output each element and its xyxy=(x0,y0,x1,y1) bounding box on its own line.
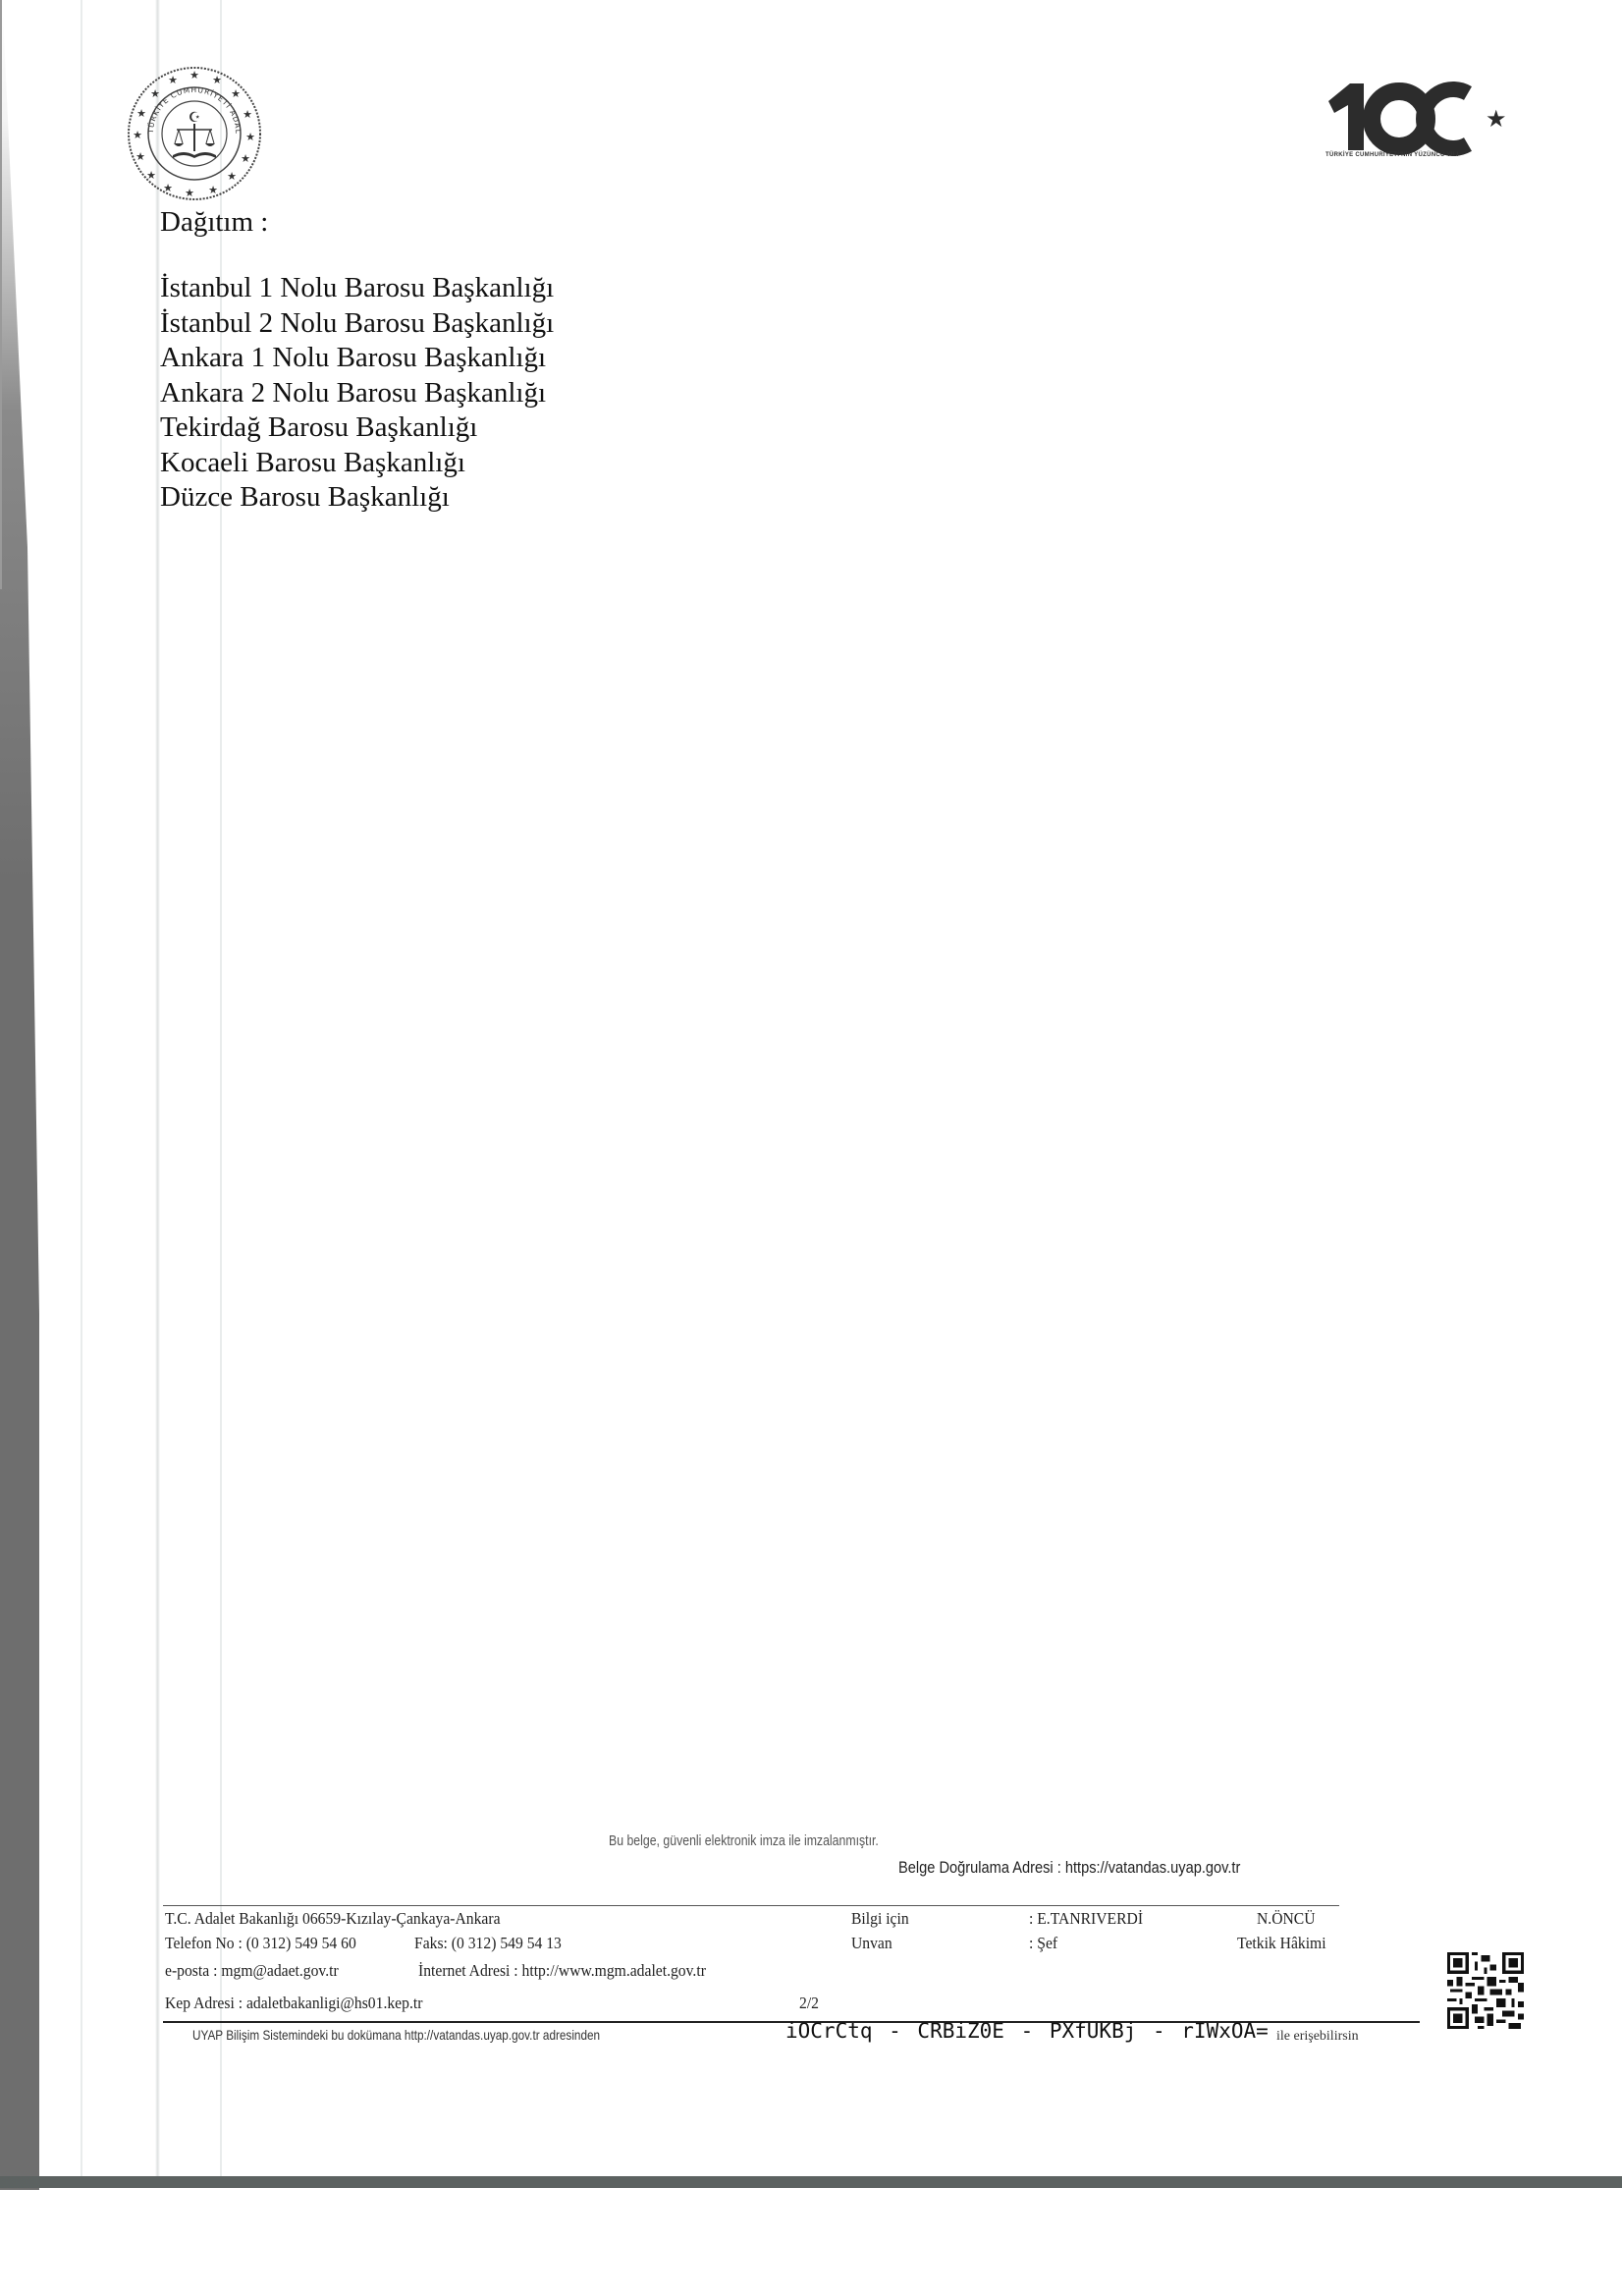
signer-title: Tetkik Hâkimi xyxy=(1237,1934,1326,1953)
title-value: : Şef xyxy=(1029,1934,1057,1953)
footer-fax: Faks: (0 312) 549 54 13 xyxy=(414,1934,562,1953)
recipient-item: Kocaeli Barosu Başkanlığı xyxy=(160,446,554,481)
page-number: 2/2 xyxy=(799,1994,819,2013)
verification-address[interactable]: Belge Doğrulama Adresi : https://vatanda… xyxy=(898,1858,1240,1878)
footer-website[interactable]: İnternet Adresi : http://www.mgm.adalet.… xyxy=(418,1961,706,1981)
scan-shadow-bottom xyxy=(0,2176,1622,2188)
recipient-item: Ankara 1 Nolu Barosu Başkanlığı xyxy=(160,341,554,376)
uyap-access-text: UYAP Bilişim Sistemindeki bu dokümana ht… xyxy=(192,2027,600,2043)
recipient-item: İstanbul 1 Nolu Barosu Başkanlığı xyxy=(160,271,554,306)
info-value: : E.TANRIVERDİ xyxy=(1029,1909,1143,1929)
footer-kep-address[interactable]: Kep Adresi : adaletbakanligi@hs01.kep.tr xyxy=(165,1994,422,2013)
footer-phone: Telefon No : (0 312) 549 54 60 xyxy=(165,1934,356,1953)
svg-text:★: ★ xyxy=(231,87,241,100)
recipient-item: Düzce Barosu Başkanlığı xyxy=(160,480,554,516)
centennial-caption: TÜRKİYE CUMHURİYETİ'NİN YÜZÜNCÜ YILI xyxy=(1325,152,1532,158)
svg-text:★: ★ xyxy=(163,182,173,194)
ministry-seal-icon: ★★★ ★★★ ★★★ ★★★ ★★★★ TÜRKİYE CUMHURİYETİ… xyxy=(126,65,263,202)
uyap-access-suffix: ile erişebilirsin xyxy=(1276,2029,1359,2045)
title-label: Unvan xyxy=(851,1934,892,1953)
signer-name: N.ÖNCÜ xyxy=(1257,1909,1316,1929)
svg-text:★: ★ xyxy=(243,108,252,121)
svg-text:★: ★ xyxy=(245,131,255,143)
svg-text:★: ★ xyxy=(189,69,199,82)
footer-email[interactable]: e-posta : mgm@adaet.gov.tr xyxy=(165,1961,339,1981)
svg-text:★: ★ xyxy=(135,150,145,163)
footer-divider-top xyxy=(163,1905,1339,1906)
recipient-item: Ankara 2 Nolu Barosu Başkanlığı xyxy=(160,376,554,411)
recipient-item: İstanbul 2 Nolu Barosu Başkanlığı xyxy=(160,306,554,342)
svg-text:★: ★ xyxy=(1486,105,1507,133)
distribution-list: İstanbul 1 Nolu Barosu Başkanlığı İstanb… xyxy=(160,271,554,516)
svg-text:★: ★ xyxy=(168,74,178,86)
svg-text:★: ★ xyxy=(241,152,250,165)
scan-line xyxy=(81,0,82,2176)
uyap-access-code: iOCrCtq - CRBiZ0E - PXfUKBj - rIWxOA= xyxy=(785,2019,1269,2043)
svg-text:★: ★ xyxy=(227,170,237,183)
svg-text:☪: ☪ xyxy=(189,110,201,126)
svg-text:★: ★ xyxy=(150,87,160,100)
svg-text:★: ★ xyxy=(212,74,222,86)
scan-shadow-left xyxy=(0,0,39,2190)
info-label: Bilgi için xyxy=(851,1909,909,1929)
svg-text:★: ★ xyxy=(146,169,156,182)
footer-address: T.C. Adalet Bakanlığı 06659-Kızılay-Çank… xyxy=(165,1909,501,1929)
svg-text:★: ★ xyxy=(185,187,194,199)
distribution-title: Dağıtım : xyxy=(160,206,268,239)
scan-edge-left xyxy=(0,0,2,589)
svg-text:★: ★ xyxy=(208,184,218,196)
esignature-notice: Bu belge, güvenli elektronik imza ile im… xyxy=(609,1832,879,1849)
svg-text:★: ★ xyxy=(136,107,146,120)
qr-code-icon[interactable] xyxy=(1446,1952,1525,2029)
recipient-item: Tekirdağ Barosu Başkanlığı xyxy=(160,410,554,446)
svg-text:★: ★ xyxy=(133,129,142,141)
